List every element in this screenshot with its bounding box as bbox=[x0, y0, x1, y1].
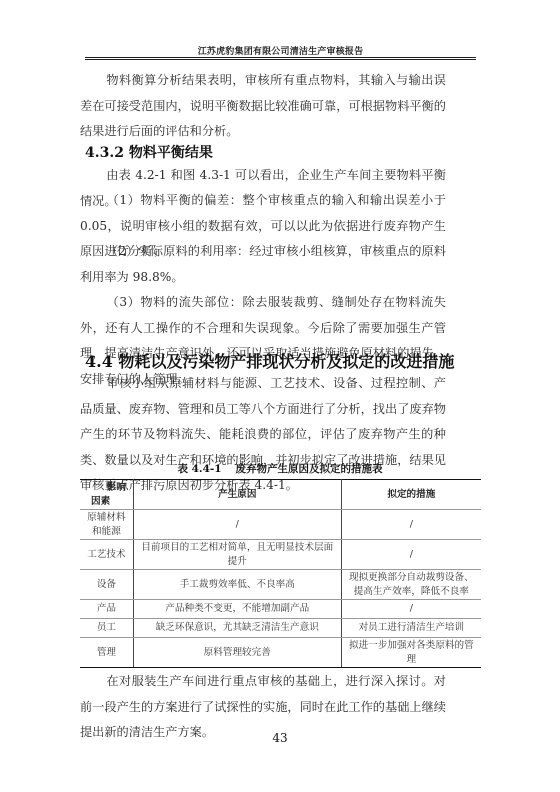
cell-factor: 设备 bbox=[80, 570, 133, 600]
table-header-row: 影响 因素 产生原因 拟定的措施 bbox=[80, 480, 481, 510]
paragraph-text: （2）实际原料的利用率：经过审核小组核算，审核重点的原料利用率为 98.8%。 bbox=[80, 244, 446, 284]
cell-factor: 原辅材料和能源 bbox=[80, 510, 133, 540]
cell-cause: 手工裁剪效率低、不良率高 bbox=[133, 570, 341, 600]
header-factor-line1: 影响 bbox=[83, 481, 130, 495]
cell-factor: 产品 bbox=[80, 600, 133, 619]
table-caption-number: 表 4.4-1 bbox=[177, 463, 221, 475]
cell-factor: 员工 bbox=[80, 619, 133, 638]
paragraph-balance-summary: 物料衡算分析结果表明，审核所有重点物料，其输入与输出误差在可接受范围内，说明平衡… bbox=[80, 68, 446, 145]
paragraph-text: 物料衡算分析结果表明，审核所有重点物料，其输入与输出误差在可接受范围内，说明平衡… bbox=[80, 73, 446, 138]
table-row: 设备 手工裁剪效率低、不良率高 现拟更换部分自动裁剪设备、提高生产效率，降低不良… bbox=[80, 570, 481, 600]
cell-measure: 对员工进行清洁生产培训 bbox=[341, 619, 481, 638]
section-heading-4-4: 4.4 物耗以及污染物产排现状分析及拟定的改进措施 bbox=[85, 349, 454, 372]
cell-measure: / bbox=[341, 540, 481, 570]
cell-cause: 缺乏环保意识，尤其缺乏清洁生产意识 bbox=[133, 619, 341, 638]
table-row: 原辅材料和能源 / / bbox=[80, 510, 481, 540]
header-factor: 影响 因素 bbox=[80, 480, 133, 510]
cell-factor: 工艺技术 bbox=[80, 540, 133, 570]
document-page: 江苏虎豹集团有限公司清洁生产审核报告 物料衡算分析结果表明，审核所有重点物料，其… bbox=[0, 0, 560, 792]
waste-cause-measures-table: 影响 因素 产生原因 拟定的措施 原辅材料和能源 / / 工艺技术 目前项目的工… bbox=[80, 479, 481, 668]
table-caption: 表 4.4-1废弃物产生原因及拟定的措施表 bbox=[0, 461, 560, 476]
table-row: 产品 产品种类不变更，不能增加副产品 / bbox=[80, 600, 481, 619]
table-row: 工艺技术 目前项目的工艺相对简单，且无明显技术层面提升 / bbox=[80, 540, 481, 570]
section-heading-4-3-2: 4.3.2 物料平衡结果 bbox=[85, 142, 213, 162]
cell-cause: 原料管理较完善 bbox=[133, 638, 341, 668]
header-cause: 产生原因 bbox=[133, 480, 341, 510]
cell-measure: 拟进一步加强对各类原料的管理 bbox=[341, 638, 481, 668]
header-measure: 拟定的措施 bbox=[341, 480, 481, 510]
paragraph-text: 在对服装生产车间进行重点审核的基础上，进行深入探讨。对前一段产生的方案进行了试探… bbox=[80, 674, 446, 739]
paragraph-utilization: （2）实际原料的利用率：经过审核小组核算，审核重点的原料利用率为 98.8%。 bbox=[80, 239, 446, 290]
table-row: 员工 缺乏环保意识，尤其缺乏清洁生产意识 对员工进行清洁生产培训 bbox=[80, 619, 481, 638]
page-number: 43 bbox=[0, 731, 560, 745]
cell-factor: 管理 bbox=[80, 638, 133, 668]
cell-measure: / bbox=[341, 600, 481, 619]
table-row: 管理 原料管理较完善 拟进一步加强对各类原料的管理 bbox=[80, 638, 481, 668]
header-rule bbox=[85, 57, 476, 60]
cell-cause: 目前项目的工艺相对简单，且无明显技术层面提升 bbox=[133, 540, 341, 570]
cell-measure: / bbox=[341, 510, 481, 540]
cell-measure: 现拟更换部分自动裁剪设备、提高生产效率，降低不良率 bbox=[341, 570, 481, 600]
cell-cause: 产品种类不变更，不能增加副产品 bbox=[133, 600, 341, 619]
cell-cause: / bbox=[133, 510, 341, 540]
running-header: 江苏虎豹集团有限公司清洁生产审核报告 bbox=[85, 44, 476, 57]
header-factor-line2: 因素 bbox=[83, 495, 130, 509]
table-caption-title: 废弃物产生原因及拟定的措施表 bbox=[236, 463, 383, 475]
